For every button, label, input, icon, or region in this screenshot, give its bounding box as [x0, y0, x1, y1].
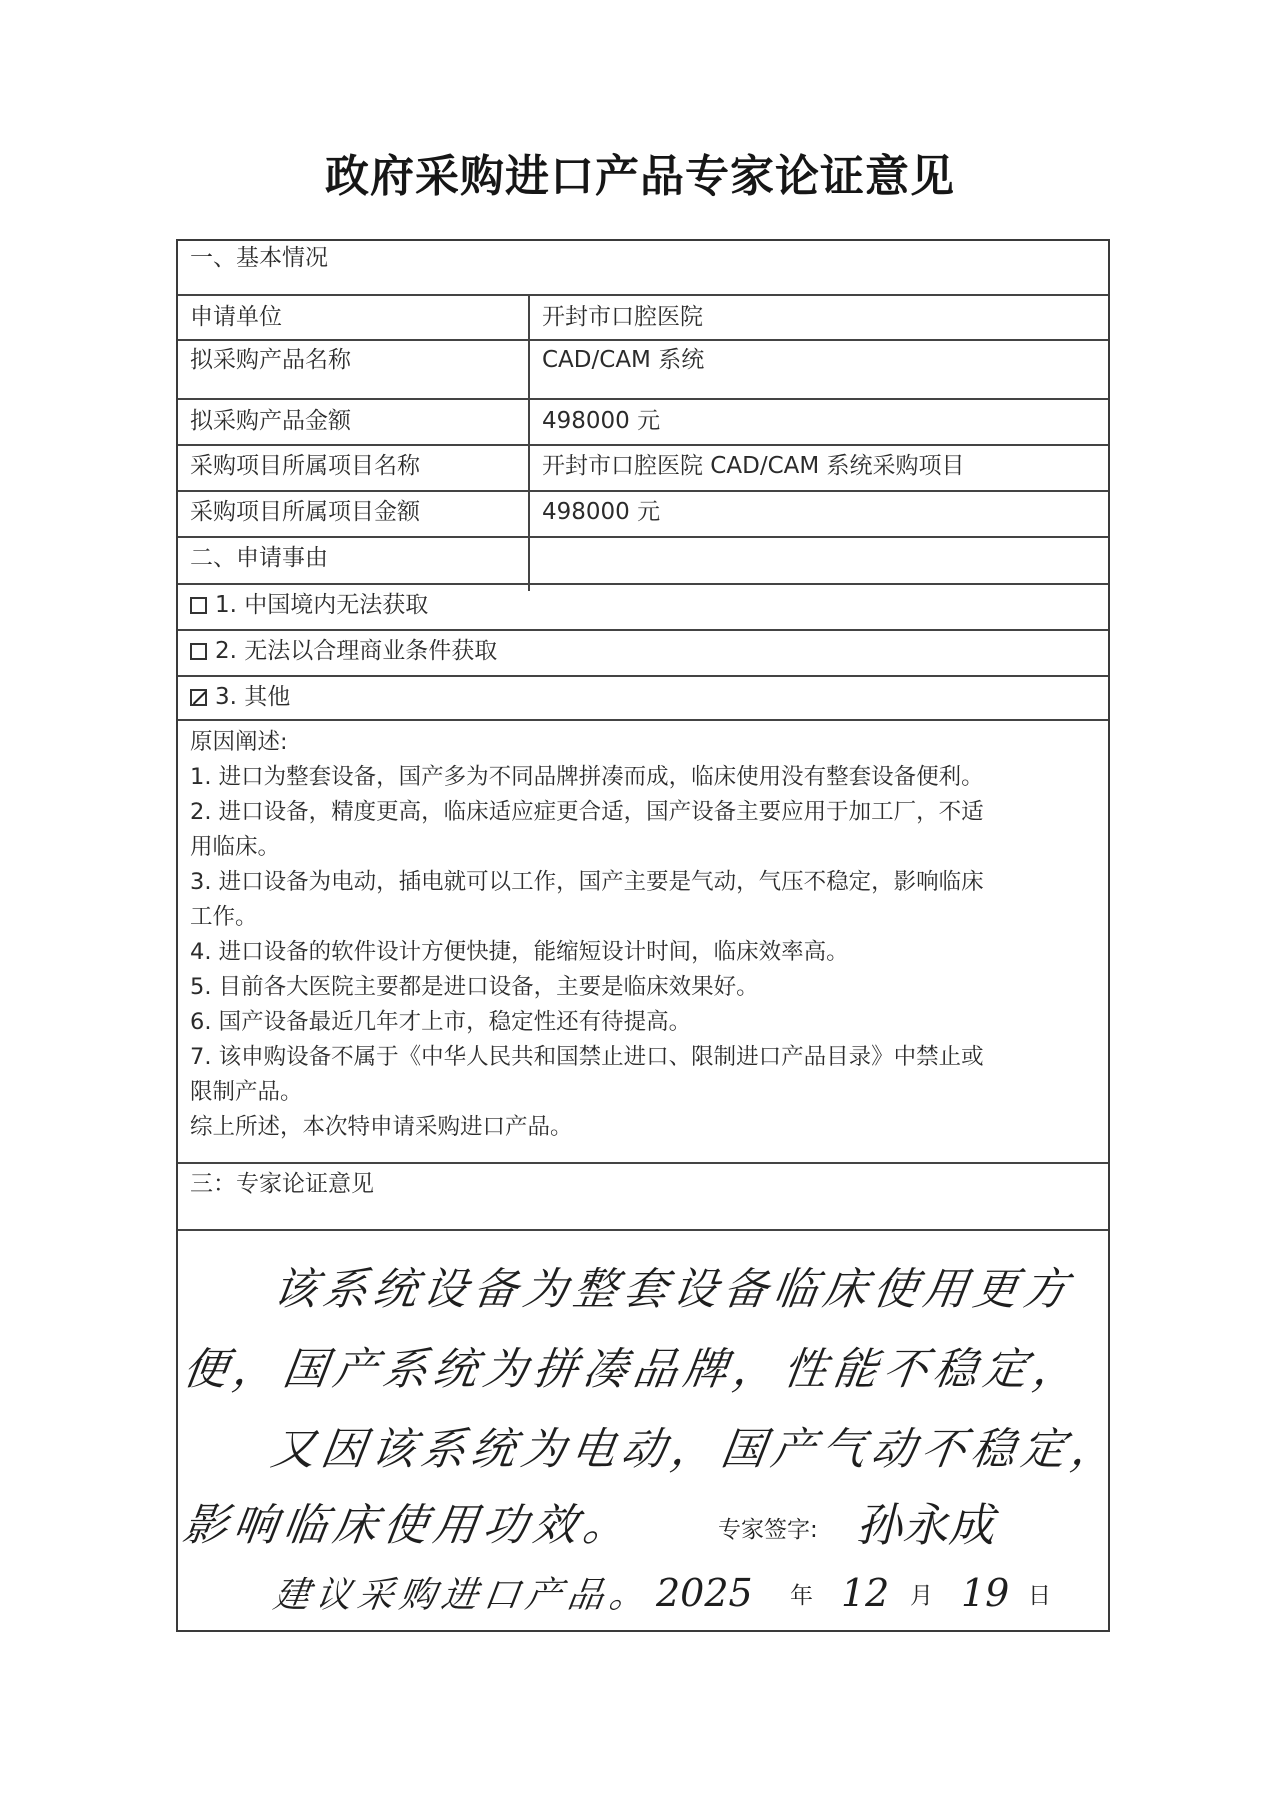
- reason-line: 1. 进口为整套设备，国产多为不同品牌拼凑而成，临床使用没有整套设备便利。: [190, 760, 984, 795]
- info-row-product-name: 拟采购产品名称 CAD/CAM 系统: [176, 339, 1110, 398]
- checkbox-unchecked-icon[interactable]: [190, 597, 207, 614]
- section-reason-heading: 二、申请事由: [190, 541, 328, 575]
- reason-line: 7. 该申购设备不属于《中华人民共和国禁止进口、限制进口产品目录》中禁止或: [190, 1040, 984, 1075]
- reason-line: 用临床。: [190, 830, 984, 865]
- reason-line: 工作。: [190, 900, 984, 935]
- expert-opinion-handwritten-block: 该系统设备为整套设备临床使用更方 便，国产系统为拼凑品牌，性能不稳定， 又因该系…: [176, 1229, 1110, 1632]
- info-row-product-amount: 拟采购产品金额 498000 元: [176, 398, 1110, 444]
- info-label: 采购项目所属项目名称: [190, 449, 420, 483]
- reason-option-label: 1. 中国境内无法获取: [215, 592, 428, 618]
- section-expert-opinion-heading-row: 三：专家论证意见: [176, 1162, 1110, 1229]
- info-row-project-amount: 采购项目所属项目金额 498000 元: [176, 490, 1110, 536]
- handwritten-line: 便，国产系统为拼凑品牌，性能不稳定，: [180, 1333, 1089, 1397]
- expert-signature: 孙永成: [856, 1489, 994, 1555]
- info-label: 拟采购产品名称: [190, 343, 351, 377]
- signature-label: 专家签字:: [718, 1511, 818, 1544]
- info-value: 498000 元: [542, 495, 660, 529]
- info-row-applicant: 申请单位 开封市口腔医院: [176, 294, 1110, 339]
- info-value: CAD/CAM 系统: [542, 343, 704, 377]
- section-reason-heading-row: 二、申请事由: [176, 536, 1110, 583]
- section-basic-info-heading: 一、基本情况: [190, 241, 328, 275]
- date-day: 19: [961, 1571, 1009, 1615]
- date-month: 12: [841, 1571, 889, 1615]
- handwritten-line: 该系统设备为整套设备临床使用更方: [270, 1253, 1079, 1317]
- checkbox-unchecked-icon[interactable]: [190, 643, 207, 660]
- reason-option-label: 2. 无法以合理商业条件获取: [215, 638, 497, 664]
- info-value: 开封市口腔医院 CAD/CAM 系统采购项目: [542, 449, 965, 483]
- reason-line: 2. 进口设备，精度更高，临床适应症更合适，国产设备主要应用于加工厂，不适: [190, 795, 984, 830]
- section-expert-opinion-heading: 三：专家论证意见: [190, 1167, 374, 1201]
- info-row-project-name: 采购项目所属项目名称 开封市口腔医院 CAD/CAM 系统采购项目: [176, 444, 1110, 490]
- info-value: 498000 元: [542, 404, 660, 438]
- reason-explanation-text: 原因阐述: 1. 进口为整套设备，国产多为不同品牌拼凑而成，临床使用没有整套设备…: [190, 725, 984, 1145]
- reason-option-2: 2. 无法以合理商业条件获取: [176, 629, 1110, 675]
- reason-option-label: 3. 其他: [215, 684, 290, 710]
- handwritten-line: 建议采购进口产品。: [270, 1567, 655, 1618]
- reason-title: 原因阐述:: [190, 725, 984, 760]
- reason-line: 6. 国产设备最近几年才上市，稳定性还有待提高。: [190, 1005, 984, 1040]
- reason-line: 3. 进口设备为电动，插电就可以工作，国产主要是气动，气压不稳定，影响临床: [190, 865, 984, 900]
- reason-line: 4. 进口设备的软件设计方便快捷，能缩短设计时间，临床效率高。: [190, 935, 984, 970]
- info-value: 开封市口腔医院: [542, 300, 703, 334]
- section-basic-info-heading-row: 一、基本情况: [176, 239, 1110, 294]
- reason-explanation-block: 原因阐述: 1. 进口为整套设备，国产多为不同品牌拼凑而成，临床使用没有整套设备…: [176, 719, 1110, 1162]
- date-year: 2025: [656, 1571, 753, 1615]
- info-label: 申请单位: [190, 300, 282, 334]
- date-month-label: 月: [910, 1577, 933, 1610]
- date-day-label: 日: [1028, 1577, 1051, 1610]
- expert-opinion-form: 一、基本情况 申请单位 开封市口腔医院 拟采购产品名称 CAD/CAM 系统 拟…: [176, 239, 1110, 1632]
- document-title: 政府采购进口产品专家论证意见: [0, 140, 1280, 204]
- checkbox-checked-icon[interactable]: [190, 689, 207, 706]
- reason-option-1: 1. 中国境内无法获取: [176, 583, 1110, 629]
- reason-line: 限制产品。: [190, 1075, 984, 1110]
- handwritten-line: 又因该系统为电动，国产气动不稳定，: [268, 1413, 1127, 1477]
- handwritten-line: 影响临床使用功效。: [180, 1489, 639, 1553]
- date-year-label: 年: [790, 1577, 813, 1610]
- info-label: 采购项目所属项目金额: [190, 495, 420, 529]
- reason-line: 5. 目前各大医院主要都是进口设备，主要是临床效果好。: [190, 970, 984, 1005]
- reason-option-3: 3. 其他: [176, 675, 1110, 719]
- info-label: 拟采购产品金额: [190, 404, 351, 438]
- reason-line: 综上所述，本次特申请采购进口产品。: [190, 1110, 984, 1145]
